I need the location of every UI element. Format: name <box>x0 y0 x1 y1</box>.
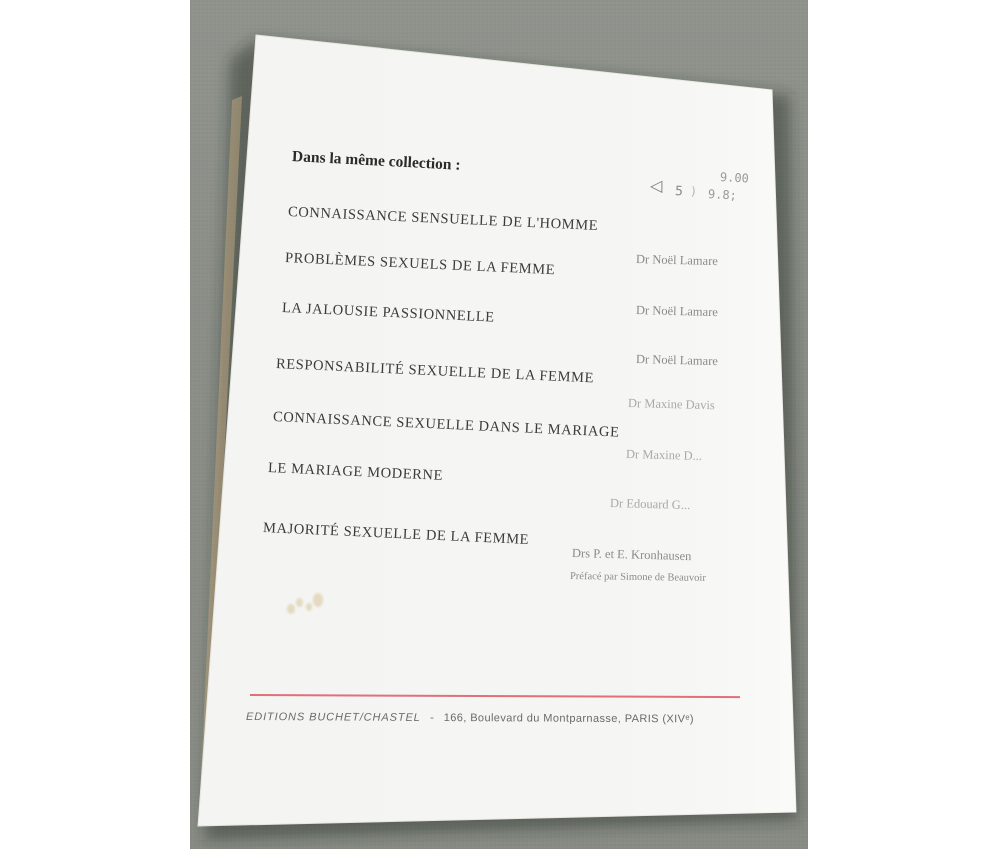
photo-background <box>190 0 808 849</box>
book-back-cover <box>190 0 808 849</box>
